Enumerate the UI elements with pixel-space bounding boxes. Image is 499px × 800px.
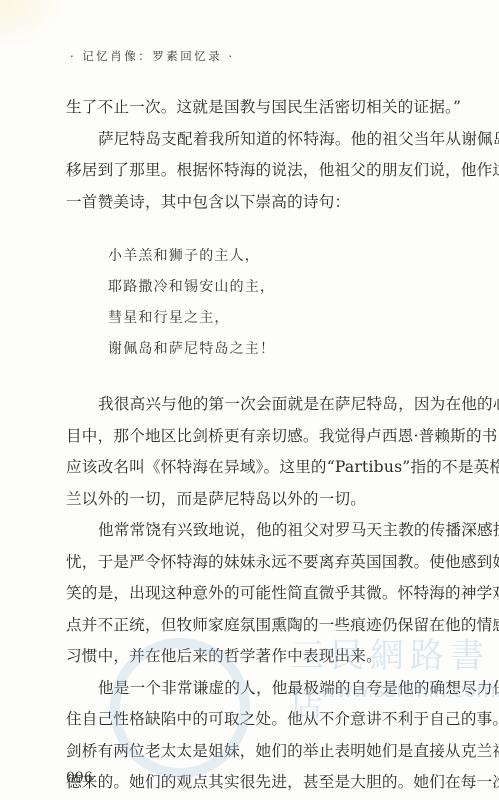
text-line: 习惯中，并在他后来的哲学著作中表现出来。 (66, 641, 442, 673)
running-head: · 记忆肖像：罗素回忆录 · (70, 48, 235, 64)
text-line: 笑的是，出现这种意外的可能性简直微乎其微。怀特海的神学观 (66, 578, 442, 610)
paper-stain (0, 0, 60, 45)
paragraph: 生了不止一次。这就是国教与国民生活密切相关的证据。” (66, 92, 442, 124)
body-text: 生了不止一次。这就是国教与国民生活密切相关的证据。” 萨尼特岛支配着我所知道的怀… (66, 92, 442, 799)
text-line: 点并不正统，但牧师家庭氛围熏陶的一些痕迹仍保留在他的情感 (66, 610, 442, 642)
text-line: 一首赞美诗，其中包含以下崇高的诗句： (66, 187, 442, 219)
paragraph: 我很高兴与他的第一次会面就是在萨尼特岛，因为在他的心 目中，那个地区比剑桥更有亲… (66, 389, 442, 515)
paragraph: 他是一个非常谦虚的人，他最极端的自夸是他的确想尽力保 住自己性格缺陷中的可取之处… (66, 673, 442, 799)
paragraph: 萨尼特岛支配着我所知道的怀特海。他的祖父当年从谢佩岛 移居到了那里。根据怀特海的… (66, 124, 442, 219)
text-line: 剑桥有两位老太太是姐妹，她们的举止表明她们是直接从克兰福 (66, 736, 442, 768)
paragraph: 他常常饶有兴致地说，他的祖父对罗马天主教的传播深感担 忧，于是严令怀特海的妹妹永… (66, 515, 442, 673)
text-line: 移居到了那里。根据怀特海的说法，他祖父的朋友们说，他作过 (66, 155, 442, 187)
text-line: 目中，那个地区比剑桥更有亲切感。我觉得卢西恩·普赖斯的书 (66, 421, 442, 453)
text-line: 他是一个非常谦虚的人，他最极端的自夸是他的确想尽力保 (66, 673, 442, 705)
poem-line: 彗星和行星之主， (108, 303, 442, 334)
poem-quote: 小羊羔和狮子的主人， 耶路撒冷和锡安山的主， 彗星和行星之主， 谢佩岛和萨尼特岛… (66, 241, 442, 365)
poem-line: 耶路撒冷和锡安山的主， (108, 272, 442, 303)
text-line: 我很高兴与他的第一次会面就是在萨尼特岛，因为在他的心 (66, 389, 442, 421)
text-line: 德来的。她们的观点其实很先进，甚至是大胆的。她们在每一次 (66, 767, 442, 799)
text-line: 应该改名叫《怀特海在异域》。这里的“Partibus”指的不是英格 (66, 452, 442, 484)
text-line: 生了不止一次。这就是国教与国民生活密切相关的证据。” (66, 92, 442, 124)
text-line: 他常常饶有兴致地说，他的祖父对罗马天主教的传播深感担 (66, 515, 442, 547)
text-line: 忧，于是严令怀特海的妹妹永远不要离弃英国国教。使他感到好 (66, 547, 442, 579)
text-line: 萨尼特岛支配着我所知道的怀特海。他的祖父当年从谢佩岛 (66, 124, 442, 156)
poem-line: 谢佩岛和萨尼特岛之主！ (108, 334, 442, 365)
poem-line: 小羊羔和狮子的主人， (108, 241, 442, 272)
page-number: 096 (66, 770, 93, 786)
text-line: 兰以外的一切，而是萨尼特岛以外的一切。 (66, 484, 442, 516)
text-line: 住自己性格缺陷中的可取之处。他从不介意讲不利于自己的事。 (66, 704, 442, 736)
